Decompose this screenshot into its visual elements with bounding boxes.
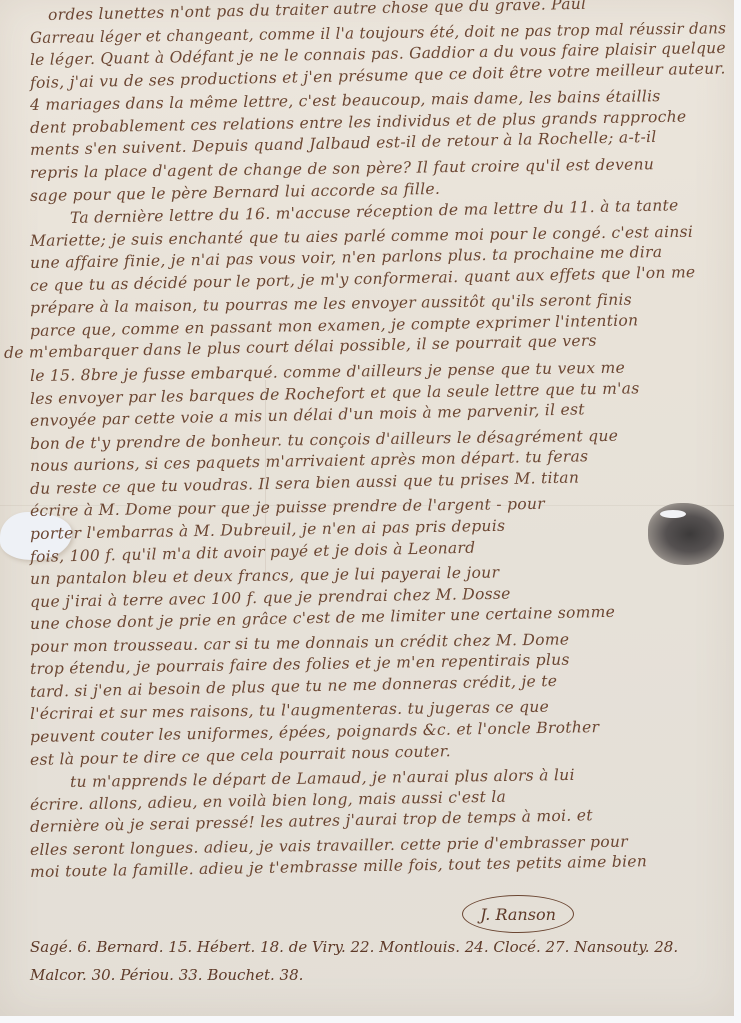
paper-hole [660, 510, 686, 518]
letter-line: est là pour te dire ce que cela pourrait… [30, 742, 451, 769]
letter-line: un pantalon bleu et deux francs, que je … [30, 564, 499, 589]
letter-line: sage pour que le père Bernard lui accord… [30, 179, 440, 204]
letter-line: repris la place d'agent de change de son… [30, 155, 654, 182]
signature: J. Ranson [462, 895, 574, 933]
footer-list-line-2: Malcor. 30. Périou. 33. Bouchet. 38. [30, 966, 303, 984]
footer-list-line-1: Sagé. 6. Bernard. 15. Hébert. 18. de Vir… [30, 938, 678, 956]
letter-page: ordes lunettes n'ont pas du traiter autr… [0, 0, 734, 1016]
letter-line: ordes lunettes n'ont pas du traiter autr… [48, 0, 587, 24]
letter-line: fois, 100 f. qu'il m'a dit avoir payé et… [30, 538, 476, 565]
signature-text: J. Ranson [480, 905, 556, 924]
letter-line: peuvent couter les uniformes, épées, poi… [30, 718, 600, 746]
